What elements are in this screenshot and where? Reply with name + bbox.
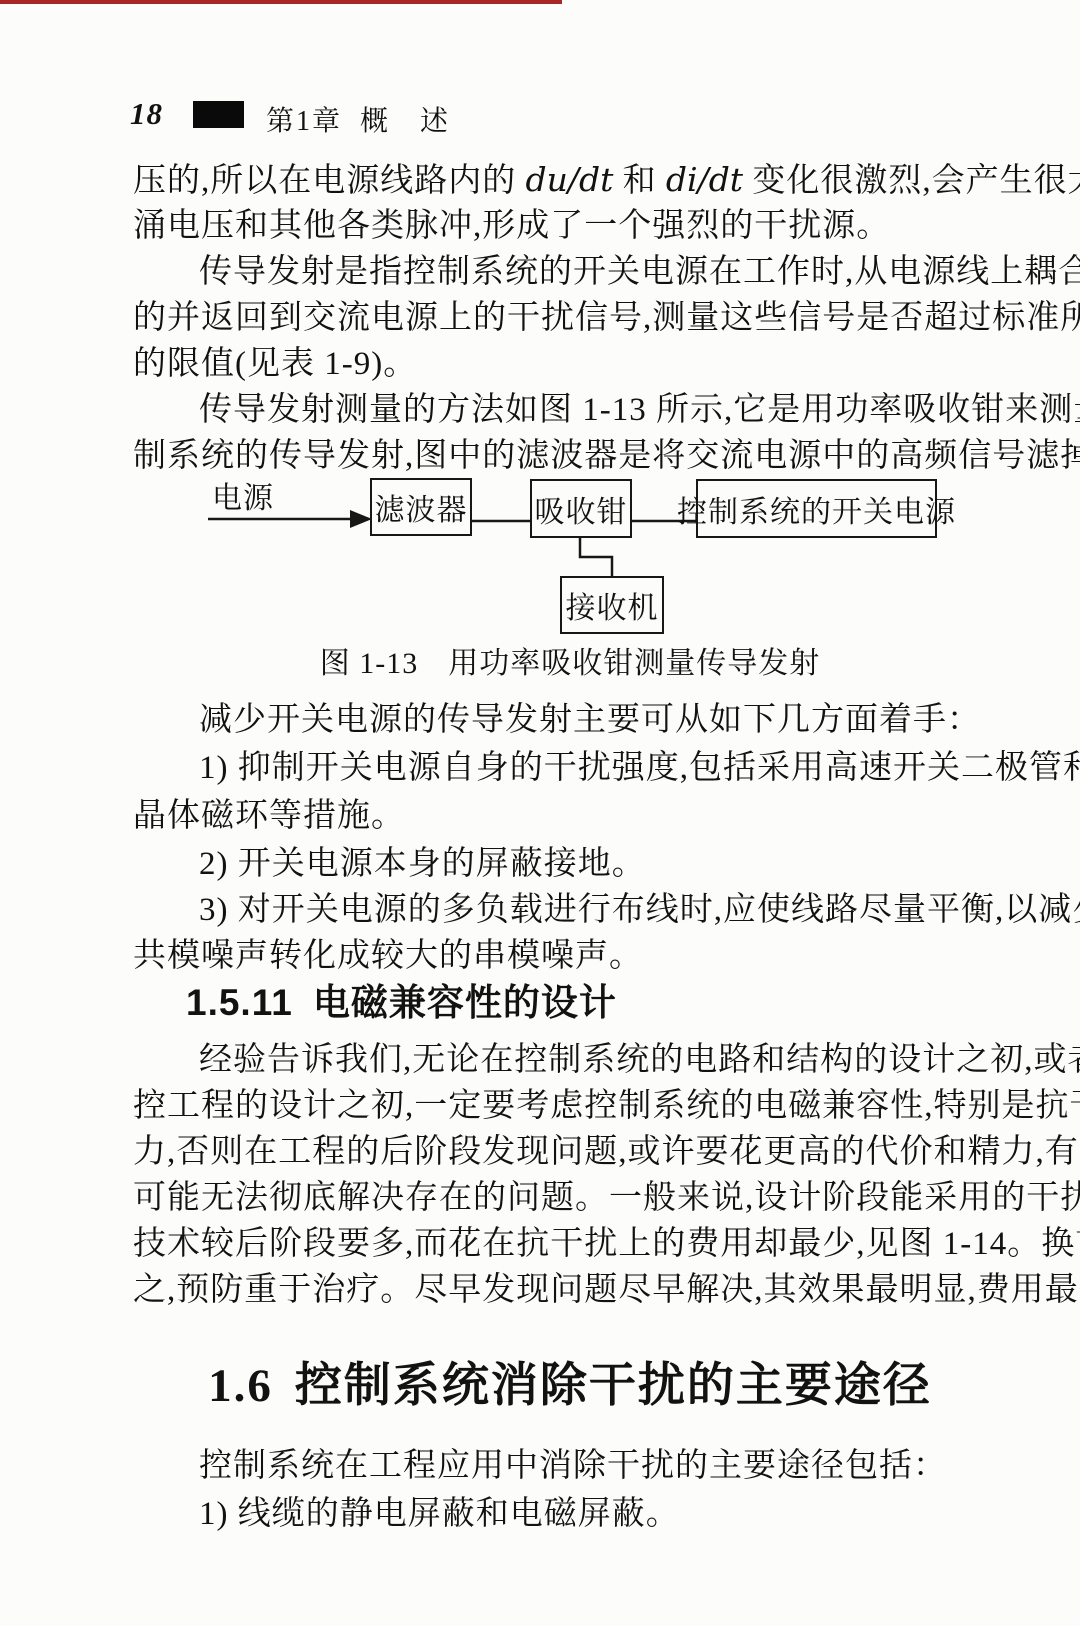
body-line: 之,预防重于治疗。尽早发现问题尽早解决,其效果最明显,费用最低廉。	[133, 1272, 1007, 1308]
body-line: 经验告诉我们,无论在控制系统的电路和结构的设计之初,或者在自	[133, 1042, 1073, 1078]
body-line: 涌电压和其他各类脉冲,形成了一个强烈的干扰源。	[133, 208, 1007, 244]
section-heading-1-6: 1.6控制系统消除干扰的主要途径	[133, 1348, 1007, 1415]
section-number: 1.6	[208, 1360, 273, 1412]
text-run: 压的,所以在电源线路内的	[133, 163, 526, 199]
body-line: 压的,所以在电源线路内的 du/dt 和 di/dt 变化很激烈,会产生很大的浪	[133, 162, 1007, 199]
body-line: 减少开关电源的传导发射主要可从如下几方面着手：	[133, 702, 1073, 738]
list-item-line: 1) 线缆的静电屏蔽和电磁屏蔽。	[133, 1496, 1073, 1532]
body-line: 控工程的设计之初,一定要考虑控制系统的电磁兼容性,特别是抗干扰能	[133, 1088, 1007, 1124]
figure-1-13-diagram: 电源 滤波器 吸收钳 控制系统的开关电源 接收机	[180, 455, 970, 635]
list-item-line: 晶体磁环等措施。	[133, 798, 1007, 834]
section-title: 电磁兼容性的设计	[313, 982, 617, 1023]
list-item-line: 2) 开关电源本身的屏蔽接地。	[133, 846, 1073, 882]
body-line: 可能无法彻底解决存在的问题。一般来说,设计阶段能采用的干扰抑制	[133, 1180, 1007, 1216]
running-header: 第1章概 述	[266, 99, 450, 139]
section-heading-1-5-11: 1.5.11电磁兼容性的设计	[186, 972, 617, 1026]
body-line: 传导发射是指控制系统的开关电源在工作时,从电源线上耦合出来	[133, 254, 1073, 290]
list-item-line: 共模噪声转化成较大的串模噪声。	[133, 938, 1007, 974]
header-black-block	[193, 101, 244, 128]
list-item-line: 3) 对开关电源的多负载进行布线时,应使线路尽量平衡,以减少将	[133, 892, 1073, 928]
body-line: 的限值(见表 1-9)。	[133, 346, 1007, 382]
receiver-box: 接收机	[560, 576, 664, 634]
page-number: 18	[130, 96, 163, 132]
chapter-label: 第1章	[266, 106, 342, 137]
section-number: 1.5.11	[186, 982, 293, 1023]
body-line: 的并返回到交流电源上的干扰信号,测量这些信号是否超过标准所要求	[133, 300, 1007, 336]
body-line: 力,否则在工程的后阶段发现问题,或许要花更高的代价和精力,有时还	[133, 1134, 1007, 1170]
chapter-title: 概 述	[360, 106, 450, 137]
figure-caption-number: 图 1-13	[320, 647, 419, 680]
math-di-dt: di/dt	[666, 160, 743, 199]
text-run: 和	[613, 163, 666, 199]
switching-psu-box: 控制系统的开关电源	[696, 479, 937, 538]
section-title: 控制系统消除干扰的主要途径	[295, 1360, 932, 1412]
filter-box: 滤波器	[370, 478, 472, 536]
body-line: 技术较后阶段要多,而花在抗干扰上的费用却最少,见图 1-14。换言	[133, 1226, 1007, 1262]
power-source-label: 电源	[212, 473, 274, 517]
body-line: 控制系统在工程应用中消除干扰的主要途径包括：	[133, 1448, 1073, 1484]
list-item-line: 1) 抑制开关电源自身的干扰强度,包括采用高速开关二极管和非	[133, 750, 1073, 786]
book-page: 18 第1章概 述 压的,所以在电源线路内的 du/dt 和 di/dt 变化很…	[0, 0, 1080, 1626]
math-du-dt: du/dt	[526, 160, 614, 199]
scan-edge-artifact	[0, 0, 562, 4]
body-line: 传导发射测量的方法如图 1-13 所示,它是用功率吸收钳来测量控	[133, 392, 1073, 428]
text-run: 变化很激烈,会产生很大的浪	[743, 163, 1080, 199]
arrow-head	[350, 510, 372, 528]
connector-clamp-receiver	[580, 534, 612, 577]
figure-caption-title: 用功率吸收钳测量传导发射	[448, 647, 820, 680]
figure-caption: 图 1-13用功率吸收钳测量传导发射	[133, 638, 1007, 682]
absorbing-clamp-box: 吸收钳	[530, 479, 632, 538]
